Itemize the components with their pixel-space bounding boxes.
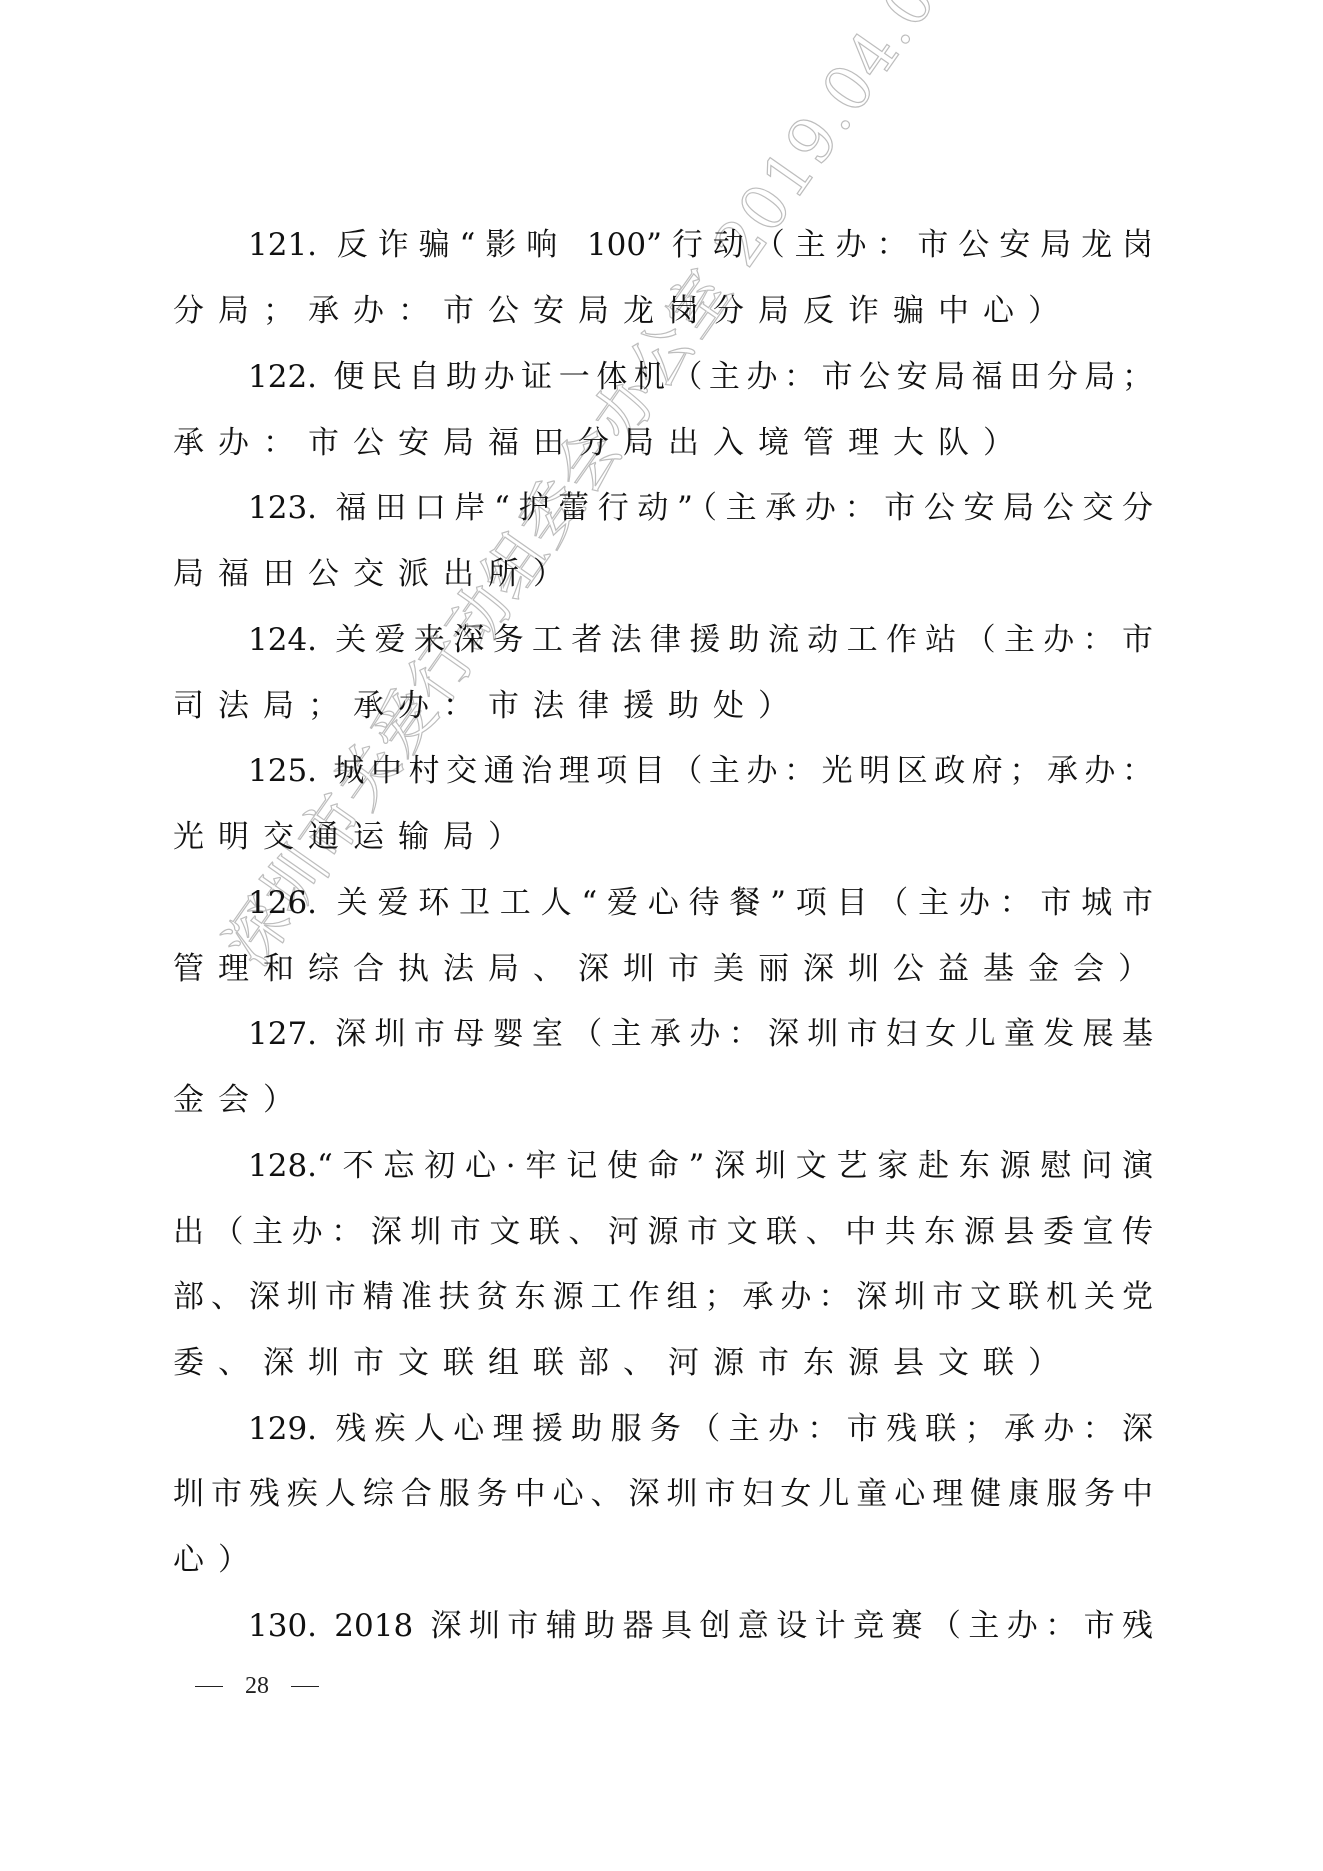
item-124-line-1: 124. 关爱来深务工者法律援助流动工作站（主办：市: [248, 617, 1153, 663]
item-124-line-2: 司法局；承办：市法律援助处）: [173, 683, 1153, 729]
item-126-line-1: 126. 关爱环卫工人“爱心待餐”项目（主办：市城市: [248, 880, 1153, 926]
item-129-line-3: 心）: [173, 1537, 1153, 1583]
item-128-line-2: 出（主办：深圳市文联、河源市文联、中共东源县委宣传: [173, 1209, 1153, 1255]
item-125-line-2: 光明交通运输局）: [173, 814, 1153, 860]
dash-right: [291, 1686, 319, 1687]
page-number-footer: 28: [195, 1670, 319, 1702]
item-122-line-1: 122. 便民自助办证一体机（主办：市公安局福田分局；: [248, 354, 1153, 400]
item-127-line-1: 127. 深圳市母婴室（主承办：深圳市妇女儿童发展基: [248, 1011, 1153, 1057]
item-128-line-1: 128.“不忘初心·牢记使命”深圳文艺家赴东源慰问演: [248, 1143, 1153, 1189]
item-123-line-2: 局福田公交派出所）: [173, 551, 1153, 597]
item-121-line-1: 121. 反诈骗“影响 100”行动（主办：市公安局龙岗: [248, 222, 1153, 268]
item-129-line-1: 129. 残疾人心理援助服务（主办：市残联；承办：深: [248, 1406, 1153, 1452]
dash-left: [195, 1686, 223, 1687]
item-127-line-2: 金会）: [173, 1077, 1153, 1123]
item-126-line-2: 管理和综合执法局、深圳市美丽深圳公益基金会）: [173, 946, 1153, 992]
item-121-line-2: 分局；承办：市公安局龙岗分局反诈骗中心）: [173, 288, 1153, 334]
item-130-line-1: 130. 2018 深圳市辅助器具创意设计竞赛（主办：市残: [248, 1603, 1153, 1649]
item-128-line-3: 部、深圳市精准扶贫东源工作组；承办：深圳市文联机关党: [173, 1274, 1153, 1320]
item-128-line-4: 委、深圳市文联组联部、河源市东源县文联）: [173, 1340, 1153, 1386]
item-123-line-1: 123. 福田口岸“护蕾行动”（主承办：市公安局公交分: [248, 485, 1153, 531]
item-129-line-2: 圳市残疾人综合服务中心、深圳市妇女儿童心理健康服务中: [173, 1471, 1153, 1517]
item-122-line-2: 承办：市公安局福田分局出入境管理大队）: [173, 420, 1153, 466]
item-125-line-1: 125. 城中村交通治理项目（主办：光明区政府；承办：: [248, 748, 1153, 794]
document-page: 深圳市关爱行动组委会办公室 2019.04.04 121. 反诈骗“影响 100…: [0, 0, 1323, 1871]
page-number: 28: [245, 1670, 269, 1702]
